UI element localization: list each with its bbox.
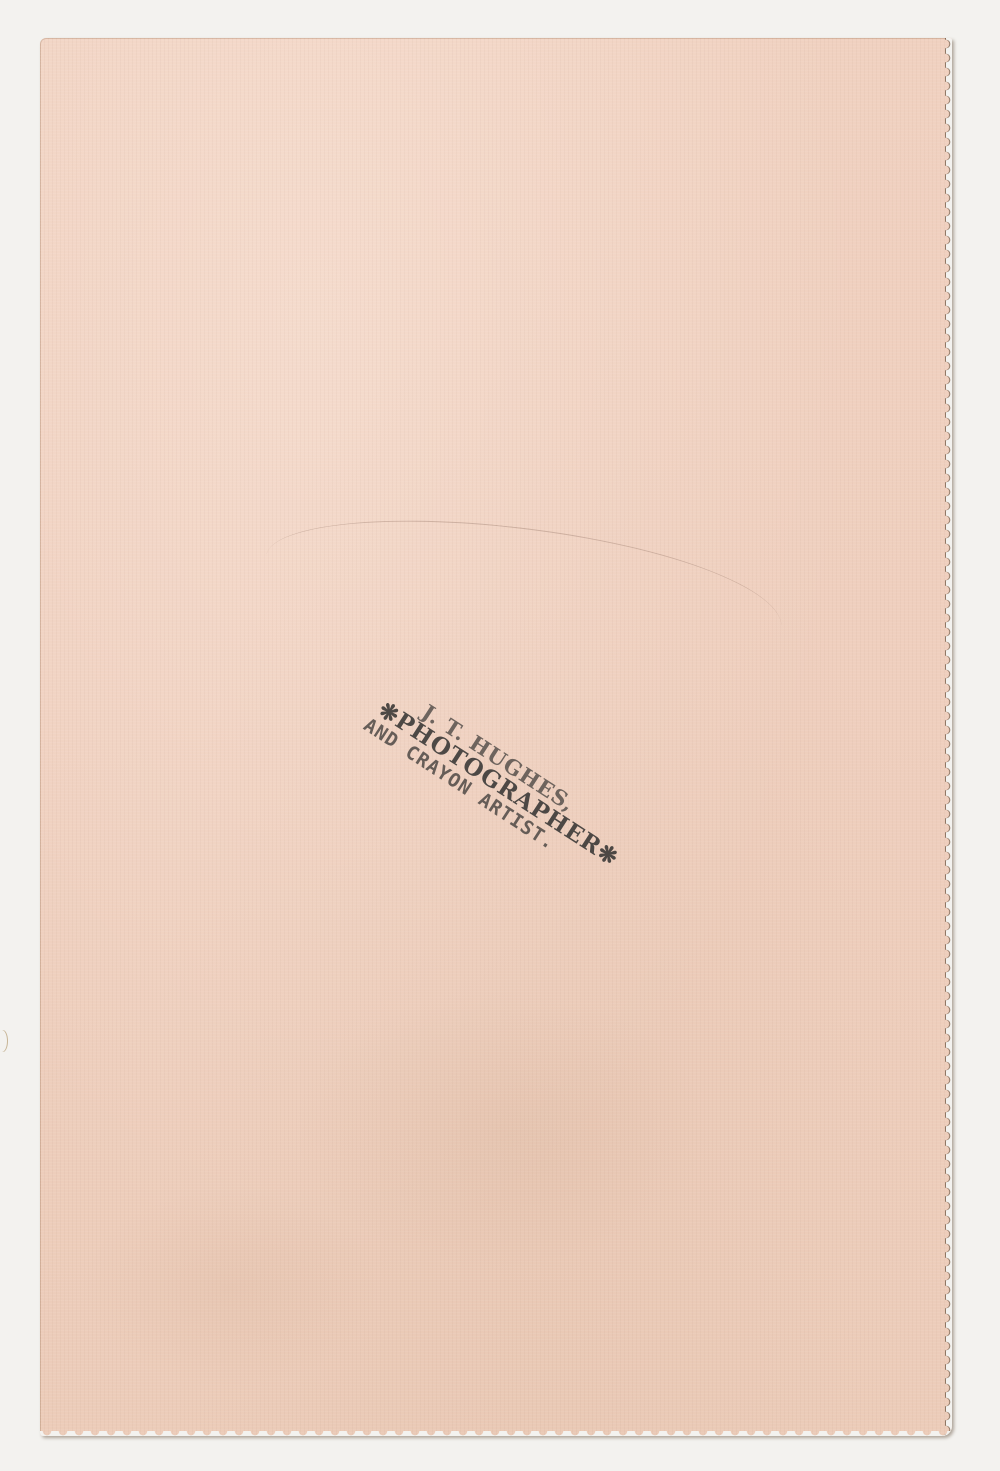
- paper-stain: [80, 1188, 380, 1388]
- surface-scratch: [251, 501, 789, 755]
- deckled-edge-bottom: [40, 1431, 952, 1436]
- paper-stain: [290, 988, 710, 1268]
- cabinet-card-back: J. T. HUGHES, ❋PHOTOGRAPHER❋ AND CRAYON …: [40, 38, 952, 1436]
- deckled-edge-right: [946, 38, 952, 1436]
